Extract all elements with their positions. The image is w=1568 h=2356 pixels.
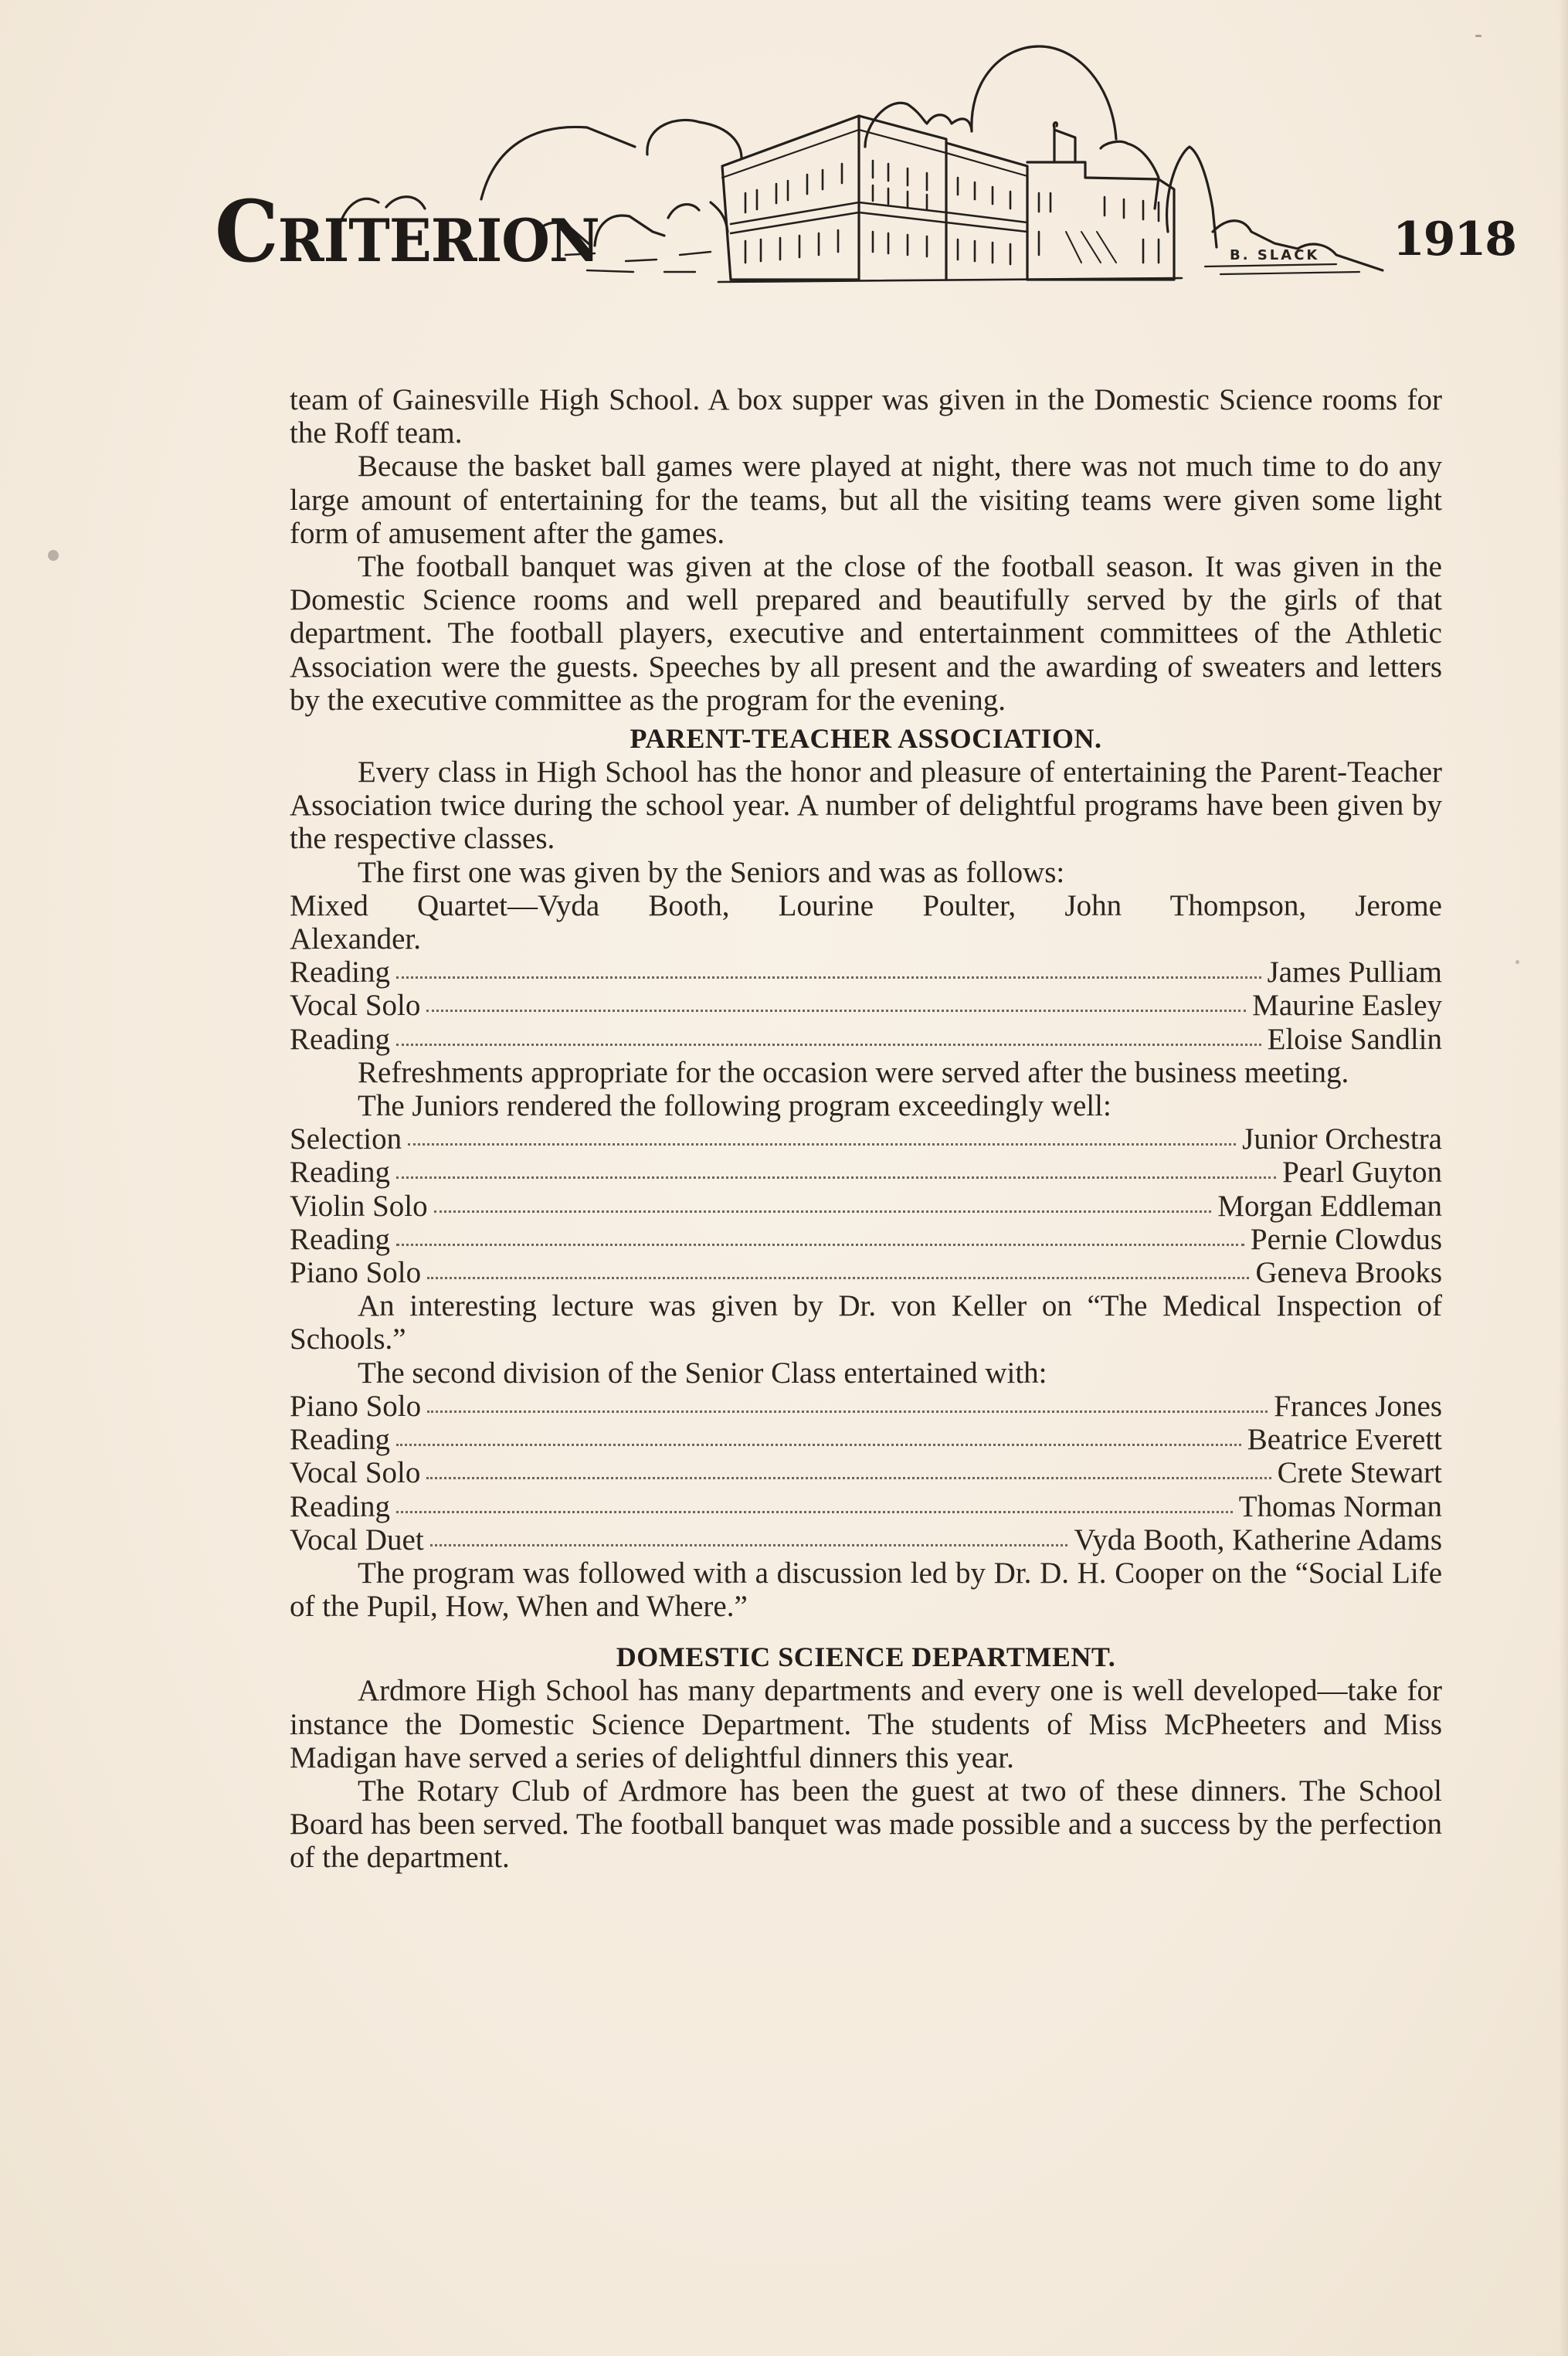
program-performer: Pernie Clowdus [1251, 1223, 1442, 1256]
dot-leader [426, 1477, 1271, 1479]
program-item: Reading [290, 1490, 390, 1523]
juniors-program-list: SelectionJunior Orchestra ReadingPearl G… [290, 1122, 1442, 1289]
dot-leader [396, 1044, 1261, 1046]
dot-leader [396, 1444, 1241, 1446]
paragraph: Every class in High School has the honor… [290, 755, 1442, 856]
masthead-title: CRITERION [215, 189, 599, 273]
program-performer: Crete Stewart [1278, 1456, 1442, 1489]
paragraph: The Rotary Club of Ardmore has been the … [290, 1774, 1442, 1875]
program-item: Vocal Duet [290, 1523, 424, 1557]
section-heading-domestic-science: DOMESTIC SCIENCE DEPARTMENT. [290, 1640, 1442, 1674]
paragraph: The Juniors rendered the following progr… [290, 1089, 1442, 1122]
program-performer: Vyda Booth, Katherine Adams [1074, 1523, 1442, 1557]
program-performer: Eloise Sandlin [1268, 1023, 1442, 1056]
program-item: Vocal Solo [290, 989, 420, 1022]
program-performer: Pearl Guyton [1282, 1156, 1442, 1189]
page-edge-shadow [1559, 0, 1568, 2356]
program-row: Vocal SoloMaurine Easley [290, 989, 1442, 1022]
program-performer: Thomas Norman [1239, 1490, 1442, 1523]
program-item: Reading [290, 956, 390, 989]
program-row: ReadingThomas Norman [290, 1490, 1442, 1523]
program-row: ReadingBeatrice Everett [290, 1423, 1442, 1456]
dot-leader [396, 1176, 1276, 1179]
second-division-program-list: Piano SoloFrances Jones ReadingBeatrice … [290, 1390, 1442, 1557]
program-item: Selection [290, 1122, 402, 1156]
program-item: Reading [290, 1023, 390, 1056]
program-row: Piano SoloFrances Jones [290, 1390, 1442, 1423]
program-row: ReadingPearl Guyton [290, 1156, 1442, 1189]
program-row: Vocal SoloCrete Stewart [290, 1456, 1442, 1489]
paragraph: The first one was given by the Seniors a… [290, 856, 1442, 889]
dot-leader [434, 1210, 1212, 1213]
program-row: Piano SoloGeneva Brooks [290, 1256, 1442, 1289]
program-performer: James Pulliam [1268, 956, 1442, 989]
program-item: Violin Solo [290, 1190, 428, 1223]
program-performer: Beatrice Everett [1247, 1423, 1442, 1456]
program-row: Vocal DuetVyda Booth, Katherine Adams [290, 1523, 1442, 1557]
program-item: Reading [290, 1156, 390, 1189]
mixed-quartet-continuation: Alexander. [290, 922, 1442, 956]
paragraph: An interesting lecture was given by Dr. … [290, 1289, 1442, 1356]
program-row: ReadingPernie Clowdus [290, 1223, 1442, 1256]
masthead: CRITERION B. SLACK 1918 [0, 0, 1568, 309]
dot-leader [430, 1544, 1068, 1546]
page-content: team of Gainesville High School. A box s… [290, 383, 1442, 1875]
paragraph: Because the basket ball games were playe… [290, 450, 1442, 550]
dot-leader [427, 1277, 1249, 1279]
paragraph: team of Gainesville High School. A box s… [290, 383, 1442, 450]
dot-leader [396, 1511, 1233, 1513]
masthead-year: 1918 [1393, 216, 1515, 263]
program-item: Piano Solo [290, 1256, 421, 1289]
dot-leader [396, 976, 1261, 979]
dot-leader [426, 1010, 1246, 1012]
dot-leader [408, 1143, 1236, 1146]
paragraph: The football banquet was given at the cl… [290, 550, 1442, 717]
dot-leader [396, 1244, 1244, 1246]
program-performer: Geneva Brooks [1255, 1256, 1442, 1289]
program-row: SelectionJunior Orchestra [290, 1122, 1442, 1156]
paper-speck [48, 550, 59, 561]
dot-leader [427, 1411, 1268, 1413]
paper-speck [1515, 960, 1519, 964]
paragraph: The program was followed with a discussi… [290, 1557, 1442, 1623]
program-performer: Frances Jones [1274, 1390, 1442, 1423]
program-row: ReadingJames Pulliam [290, 956, 1442, 989]
program-performer: Junior Orchestra [1242, 1122, 1442, 1156]
program-performer: Morgan Eddleman [1217, 1190, 1442, 1223]
program-item: Reading [290, 1223, 390, 1256]
program-item: Reading [290, 1423, 390, 1456]
paragraph: The second division of the Senior Class … [290, 1356, 1442, 1390]
program-row: ReadingEloise Sandlin [290, 1023, 1442, 1056]
artist-signature: B. SLACK [1230, 247, 1319, 263]
seniors-program-list: ReadingJames Pulliam Vocal SoloMaurine E… [290, 956, 1442, 1056]
program-performer: Maurine Easley [1252, 989, 1442, 1022]
program-item: Vocal Solo [290, 1456, 420, 1489]
program-row: Violin SoloMorgan Eddleman [290, 1190, 1442, 1223]
paragraph: Refreshments appropriate for the occasio… [290, 1056, 1442, 1089]
program-item: Piano Solo [290, 1390, 421, 1423]
section-heading-pta: PARENT-TEACHER ASSOCIATION. [290, 721, 1442, 755]
paragraph: Ardmore High School has many departments… [290, 1674, 1442, 1774]
mixed-quartet-line: Mixed Quartet—Vyda Booth, Lourine Poulte… [290, 889, 1442, 922]
